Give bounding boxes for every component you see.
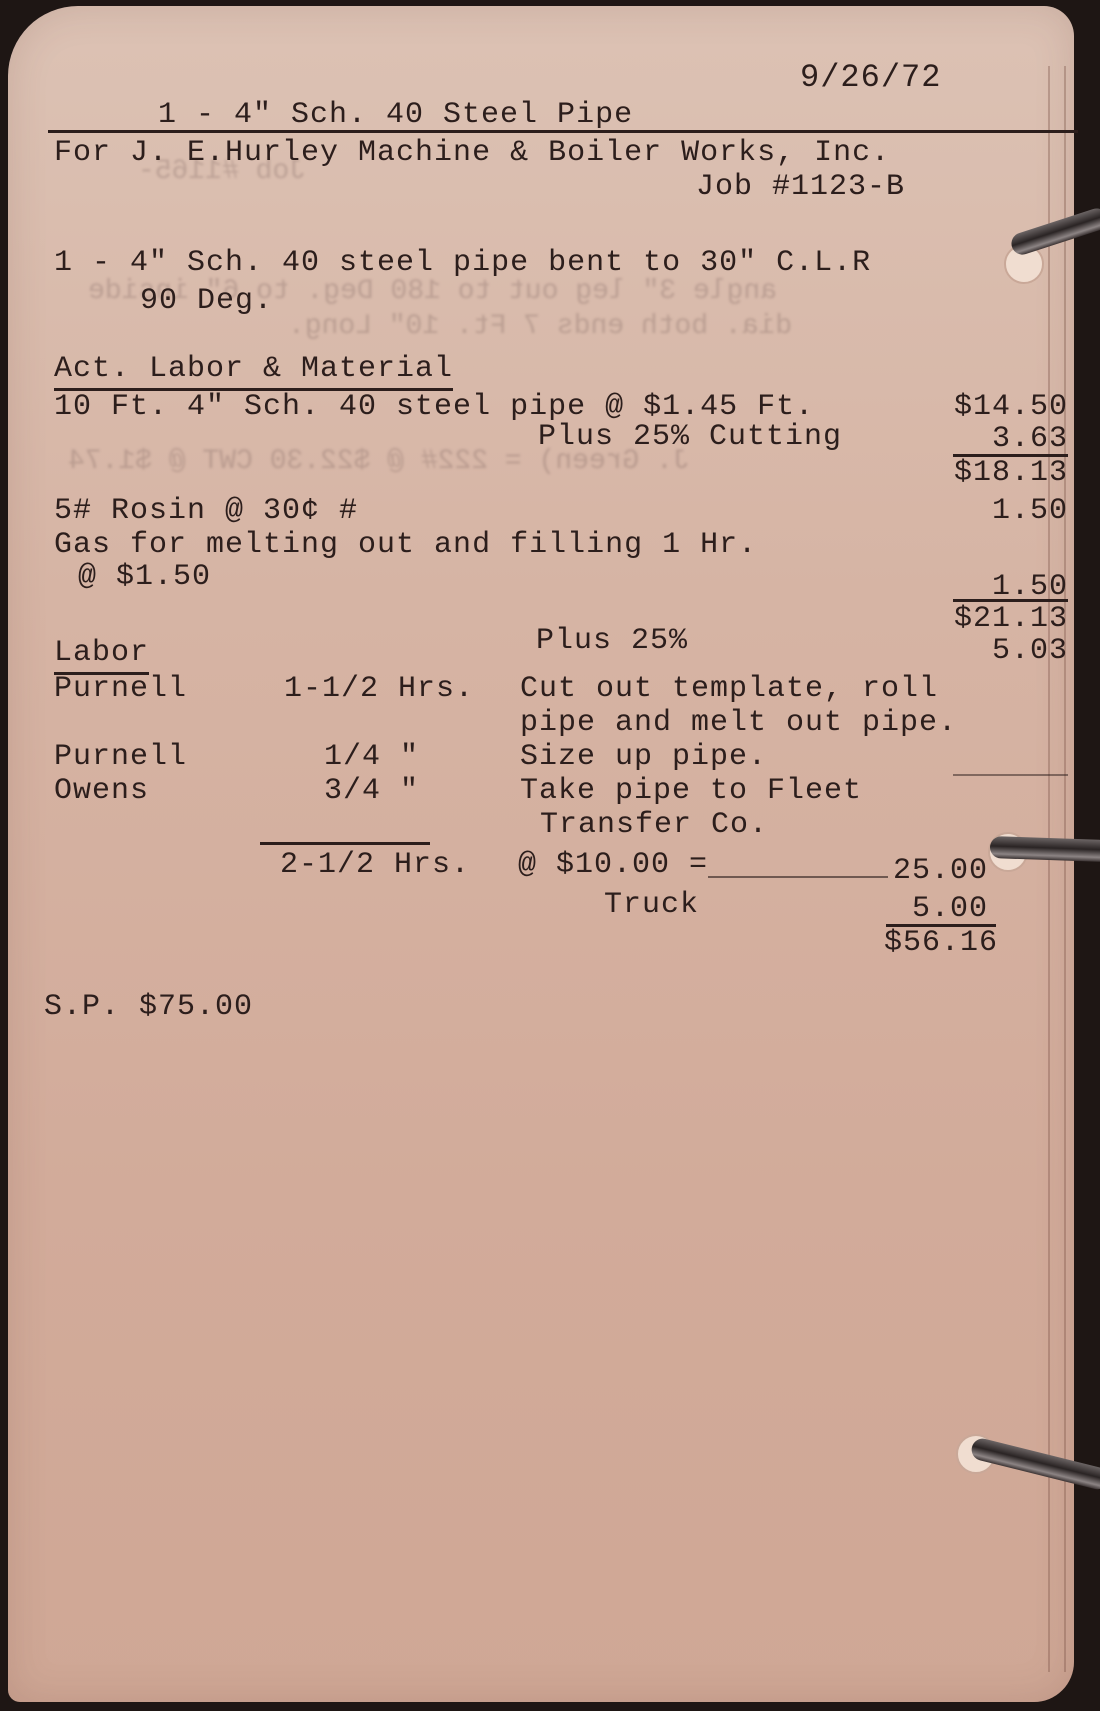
- labor-task-cont: Transfer Co.: [540, 810, 768, 840]
- truck-label: Truck: [604, 890, 699, 920]
- hours-sum-rule: [260, 842, 430, 845]
- material-rosin-amount: 1.50: [908, 496, 1068, 526]
- page-edge-line: [1064, 66, 1066, 1672]
- grand-total: $56.16: [848, 928, 998, 958]
- markup-label: Plus 25%: [536, 626, 688, 656]
- labor-hours: 1/4 ": [324, 742, 419, 772]
- labor-hours: 1-1/2 Hrs.: [284, 674, 474, 704]
- labor-task-cont: pipe and melt out pipe.: [520, 708, 957, 738]
- material-cutting: Plus 25% Cutting: [538, 422, 842, 452]
- labor-total-hours: 2-1/2 Hrs.: [280, 850, 470, 880]
- materials-subtotal: $21.13: [908, 604, 1068, 634]
- labor-rate: @ $10.00 =: [518, 850, 708, 880]
- customer-line: For J. E.Hurley Machine & Boiler Works, …: [54, 138, 890, 168]
- markup-amount: 5.03: [908, 636, 1068, 666]
- labor-task: Cut out template, roll: [520, 674, 938, 704]
- description-line-2: 90 Deg.: [140, 286, 273, 316]
- labor-worker: Purnell: [54, 742, 187, 772]
- material-gas: Gas for melting out and filling 1 Hr.: [54, 530, 757, 560]
- selling-price: S.P. $75.00: [44, 992, 253, 1022]
- material-gas-amount: 1.50: [908, 572, 1068, 602]
- job-number: Job #1123-B: [696, 172, 905, 202]
- faint-rule: [953, 774, 1068, 776]
- description-line-1: 1 - 4" Sch. 40 steel pipe bent to 30" C.…: [54, 248, 871, 278]
- leader-line: [708, 876, 888, 878]
- date: 9/26/72: [800, 62, 941, 94]
- labor-worker: Purnell: [54, 674, 187, 704]
- binder-ring: [990, 836, 1100, 862]
- material-pipe-amount: $14.50: [908, 392, 1068, 422]
- bleed-through-text: dia. both ends 7 Ft. 10" Long.: [288, 311, 792, 342]
- truck-amount: 5.00: [868, 894, 988, 924]
- material-pipe: 10 Ft. 4" Sch. 40 steel pipe @ $1.45 Ft.: [54, 392, 814, 422]
- labor-heading: Labor: [54, 636, 149, 675]
- labor-task: Take pipe to Fleet: [520, 776, 862, 806]
- labor-amount: 25.00: [868, 856, 988, 886]
- material-gas-rate: @ $1.50: [78, 562, 211, 592]
- notebook-page: Job #1165- angle 3" leg out to 180 Deg. …: [8, 6, 1074, 1702]
- material-pipe-subtotal: $18.13: [908, 458, 1068, 488]
- title-rule: [48, 130, 1078, 133]
- labor-worker: Owens: [54, 776, 149, 806]
- material-cutting-amount: 3.63: [908, 424, 1068, 454]
- labor-hours: 3/4 ": [324, 776, 419, 806]
- labor-task: Size up pipe.: [520, 742, 767, 772]
- material-rosin: 5# Rosin @ 30¢ #: [54, 496, 358, 526]
- job-title: 1 - 4" Sch. 40 Steel Pipe: [158, 100, 633, 130]
- materials-heading: Act. Labor & Material: [54, 352, 453, 391]
- page-edge-line: [1048, 66, 1050, 1672]
